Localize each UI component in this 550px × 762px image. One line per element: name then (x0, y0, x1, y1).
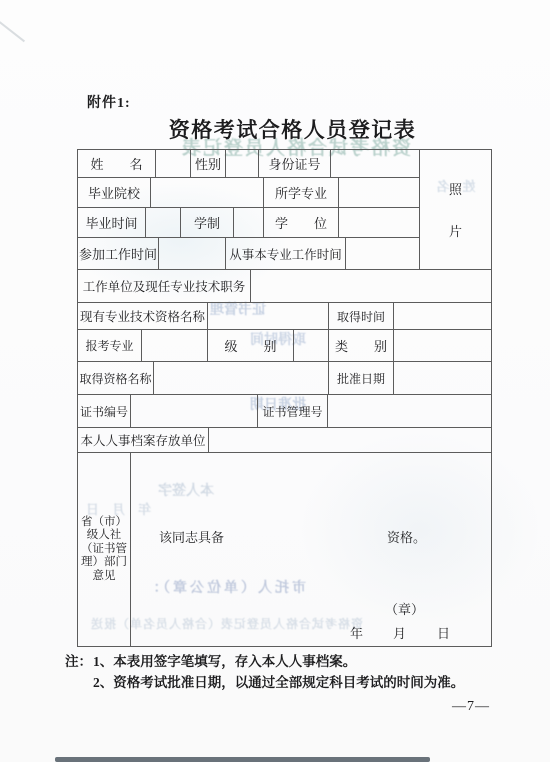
notes-indent (65, 672, 93, 693)
date-year-label: 年 (350, 623, 363, 642)
opinion-label-line: 意见 (93, 570, 116, 584)
opinion-lead-text: 该同志具备 (159, 527, 224, 546)
major-value-cell (339, 178, 420, 208)
seal-placeholder: （章） (385, 599, 424, 618)
schooling-length-value-cell (234, 208, 264, 238)
certificate-mgmt-no-label-cell: 证书管理号 (258, 395, 328, 428)
name-value-cell (156, 150, 191, 178)
employer-value-cell (251, 270, 492, 303)
date-month-label: 月 (393, 623, 406, 642)
archive-unit-value-cell (209, 428, 492, 453)
photo-cell: 照 片 (420, 150, 492, 270)
note-line-2: 2、资格考试批准日期，以通过全部规定科目考试的时间为准。 (93, 672, 464, 693)
row-school-major: 毕业院校 所学专业 (78, 178, 420, 208)
row-archive-unit: 本人人事档案存放单位 (78, 428, 492, 453)
scan-edge-strip (55, 757, 430, 762)
name-label-cell: 姓 名 (78, 150, 156, 178)
level-value-cell (294, 330, 329, 362)
employer-label-cell: 工作单位及现任专业技术职务 (78, 270, 251, 303)
photo-label-top: 照 (449, 179, 462, 198)
qualification-name-label-cell: 取得资格名称 (78, 362, 154, 395)
schooling-length-label-cell: 学制 (181, 208, 234, 238)
row-department-opinion: 省（市） 级人社 （证书管 理）部门 意见 该同志具备 资格。 （章） 年 月 … (78, 453, 492, 647)
degree-label-cell: 学 位 (264, 208, 339, 238)
row-graduation-degree: 毕业时间 学制 学 位 (78, 208, 420, 238)
graduation-time-value-cell (146, 208, 181, 238)
graduation-time-label-cell: 毕业时间 (78, 208, 146, 238)
approval-date-label-cell: 批准日期 (329, 362, 394, 395)
form-top-section: 姓 名 性别 身份证号 毕业院校 所学专业 毕业时间 学制 (78, 150, 492, 270)
gender-label-cell: 性别 (191, 150, 226, 178)
scan-artifact (0, 20, 25, 43)
current-qualification-label-cell: 现有专业技术资格名称 (78, 303, 208, 330)
category-value-cell (394, 330, 492, 362)
row-certificate-numbers: 证书编号 证书管理号 (78, 395, 492, 428)
opinion-label-line: 省（市） (81, 516, 127, 530)
level-label-cell: 级 别 (208, 330, 294, 362)
work-start-label-cell: 参加工作时间 (78, 238, 159, 270)
work-start-value-cell (159, 238, 226, 270)
row-qualification-name: 取得资格名称 批准日期 (78, 362, 492, 395)
degree-value-cell (339, 208, 420, 238)
work-in-field-value-cell (346, 238, 420, 270)
attachment-label: 附件1: (87, 92, 131, 112)
exam-major-value-cell (142, 330, 208, 362)
note-line-1: 1、本表用签字笔填写，存入本人人事档案。 (93, 651, 356, 672)
certificate-mgmt-no-value-cell (328, 395, 492, 428)
obtained-time-label-cell: 取得时间 (329, 303, 394, 330)
row-employer: 工作单位及现任专业技术职务 (78, 270, 492, 303)
page-number: —7— (452, 699, 490, 715)
approval-date-value-cell (394, 362, 492, 395)
gender-value-cell (226, 150, 259, 178)
opinion-label-line: （证书管 (81, 543, 127, 557)
form-title: 资格考试合格人员登记表 (85, 114, 500, 144)
certificate-no-value-cell (131, 395, 258, 428)
opinion-label-cell: 省（市） 级人社 （证书管 理）部门 意见 (78, 453, 131, 647)
registration-form-table: 姓 名 性别 身份证号 毕业院校 所学专业 毕业时间 学制 (77, 149, 492, 647)
certificate-no-label-cell: 证书编号 (78, 395, 131, 428)
work-in-field-label-cell: 从事本专业工作时间 (226, 238, 346, 270)
row-current-qualification: 现有专业技术资格名称 取得时间 (78, 303, 492, 330)
qualification-name-value-cell (154, 362, 329, 395)
opinion-tail-text: 资格。 (387, 527, 426, 546)
opinion-label-line: 理）部门 (81, 556, 127, 570)
exam-major-label-cell: 报考专业 (78, 330, 142, 362)
photo-label-bottom: 片 (449, 221, 462, 240)
id-number-label-cell: 身份证号 (259, 150, 331, 178)
opinion-content-cell: 该同志具备 资格。 （章） 年 月 日 (131, 453, 492, 647)
row-name-gender-id: 姓 名 性别 身份证号 (78, 150, 420, 178)
row-work-time: 参加工作时间 从事本专业工作时间 (78, 238, 420, 270)
major-label-cell: 所学专业 (264, 178, 339, 208)
school-label-cell: 毕业院校 (78, 178, 151, 208)
category-label-cell: 类 别 (329, 330, 394, 362)
date-day-label: 日 (437, 623, 450, 642)
archive-unit-label-cell: 本人人事档案存放单位 (78, 428, 209, 453)
notes-prefix: 注： (65, 651, 93, 672)
current-qualification-value-cell (208, 303, 329, 330)
opinion-label-line: 级人社 (87, 529, 122, 543)
scanned-form-page: 资格考试合格人员登记表 姓 名 证书管理 取得时间 批准日期 本人签字 年 月 … (0, 0, 550, 762)
form-notes: 注： 1、本表用签字笔填写，存入本人人事档案。 2、资格考试批准日期，以通过全部… (65, 651, 464, 693)
id-number-value-cell (331, 150, 420, 178)
row-exam-major-level-category: 报考专业 级 别 类 别 (78, 330, 492, 362)
obtained-time-value-cell (394, 303, 492, 330)
school-value-cell (151, 178, 264, 208)
